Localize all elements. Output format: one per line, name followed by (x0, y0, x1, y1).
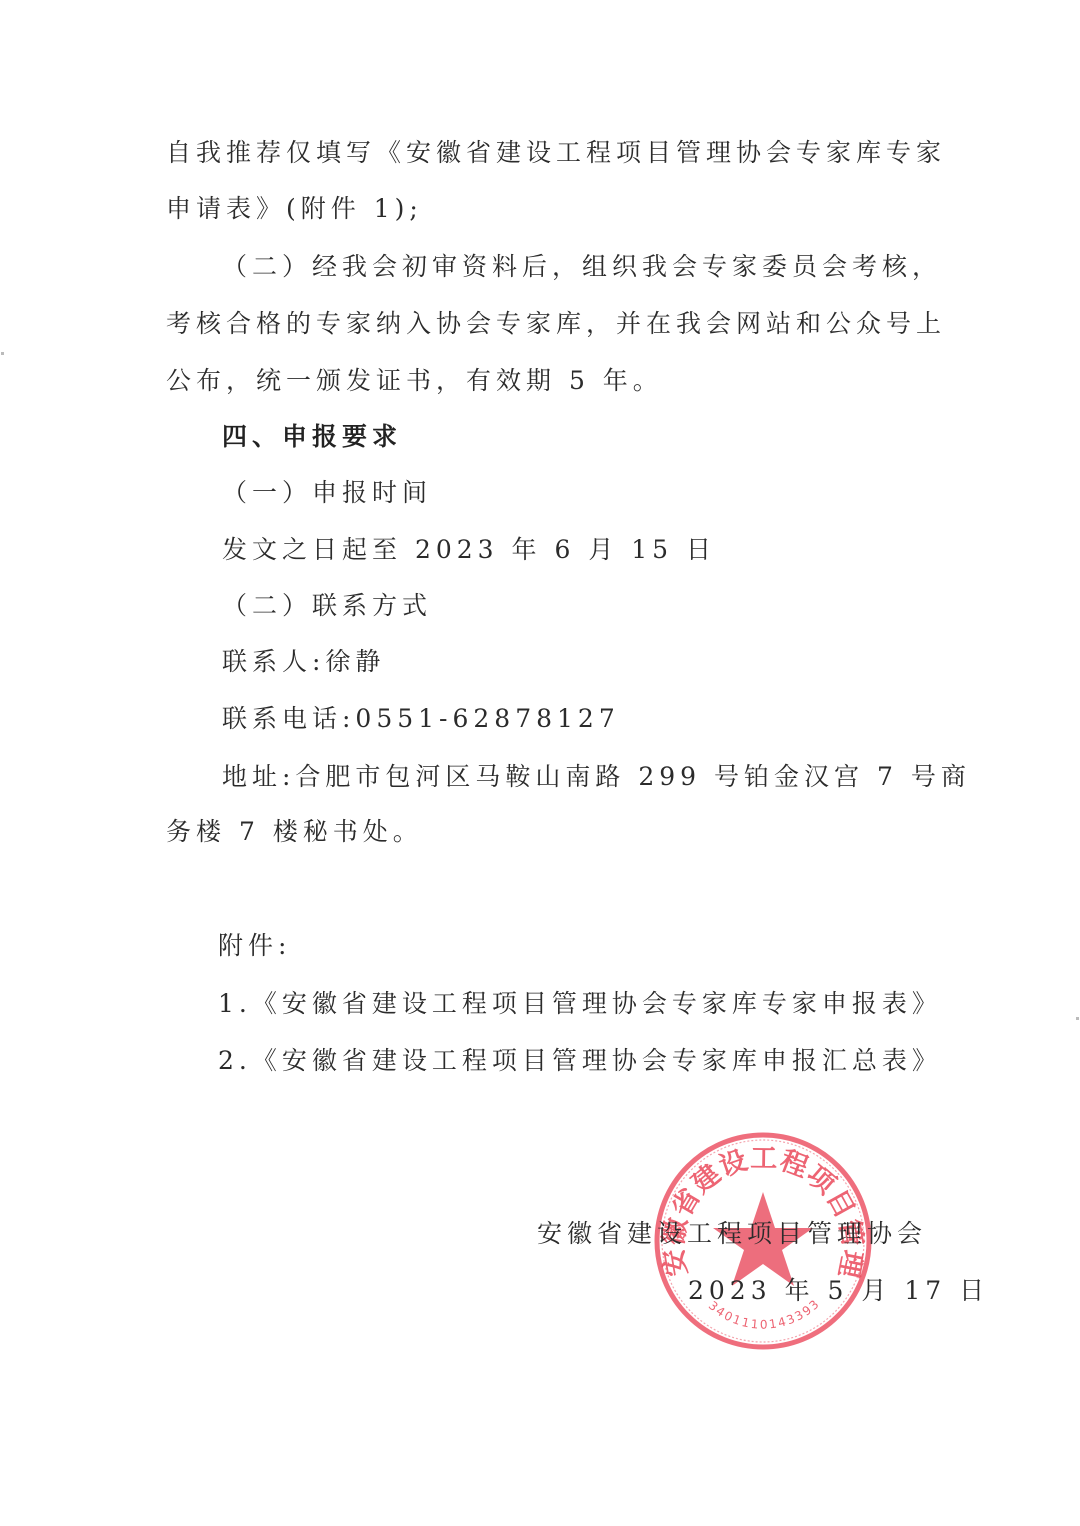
document-page: 自我推荐仅填写《安徽省建设工程项目管理协会专家库专家 申请表》(附件 1); （… (0, 0, 1080, 1526)
paragraph-line: （二）经我会初审资料后，组织我会专家委员会考核， (222, 251, 942, 283)
scan-mark (1, 352, 4, 355)
address-line: 务楼 7 楼秘书处。 (166, 816, 423, 848)
contact-phone: 联系电话:0551-62878127 (222, 703, 620, 735)
paragraph-line: 自我推荐仅填写《安徽省建设工程项目管理协会专家库专家 (166, 137, 946, 169)
subsection-heading: （二）联系方式 (222, 590, 432, 622)
scan-mark (1076, 1017, 1079, 1020)
paragraph-line: 申请表》(附件 1); (166, 193, 423, 225)
attachment-item: 1.《安徽省建设工程项目管理协会专家库专家申报表》 (218, 988, 942, 1020)
signature-organization: 安徽省建设工程项目管理协会 (537, 1218, 927, 1250)
attachment-item: 2.《安徽省建设工程项目管理协会专家库申报汇总表》 (218, 1045, 942, 1077)
paragraph-line: 考核合格的专家纳入协会专家库，并在我会网站和公众号上 (166, 308, 946, 340)
deadline-text: 发文之日起至 2023 年 6 月 15 日 (222, 534, 716, 566)
section-heading: 四、申报要求 (222, 421, 402, 453)
paragraph-line: 公布，统一颁发证书，有效期 5 年。 (166, 365, 663, 397)
subsection-heading: （一）申报时间 (222, 477, 432, 509)
signature-date: 2023 年 5 月 17 日 (688, 1275, 989, 1307)
address-line: 地址:合肥市包河区马鞍山南路 299 号铂金汉宫 7 号商 (222, 761, 971, 793)
contact-person: 联系人:徐静 (222, 646, 385, 678)
attachments-label: 附件: (218, 930, 291, 962)
